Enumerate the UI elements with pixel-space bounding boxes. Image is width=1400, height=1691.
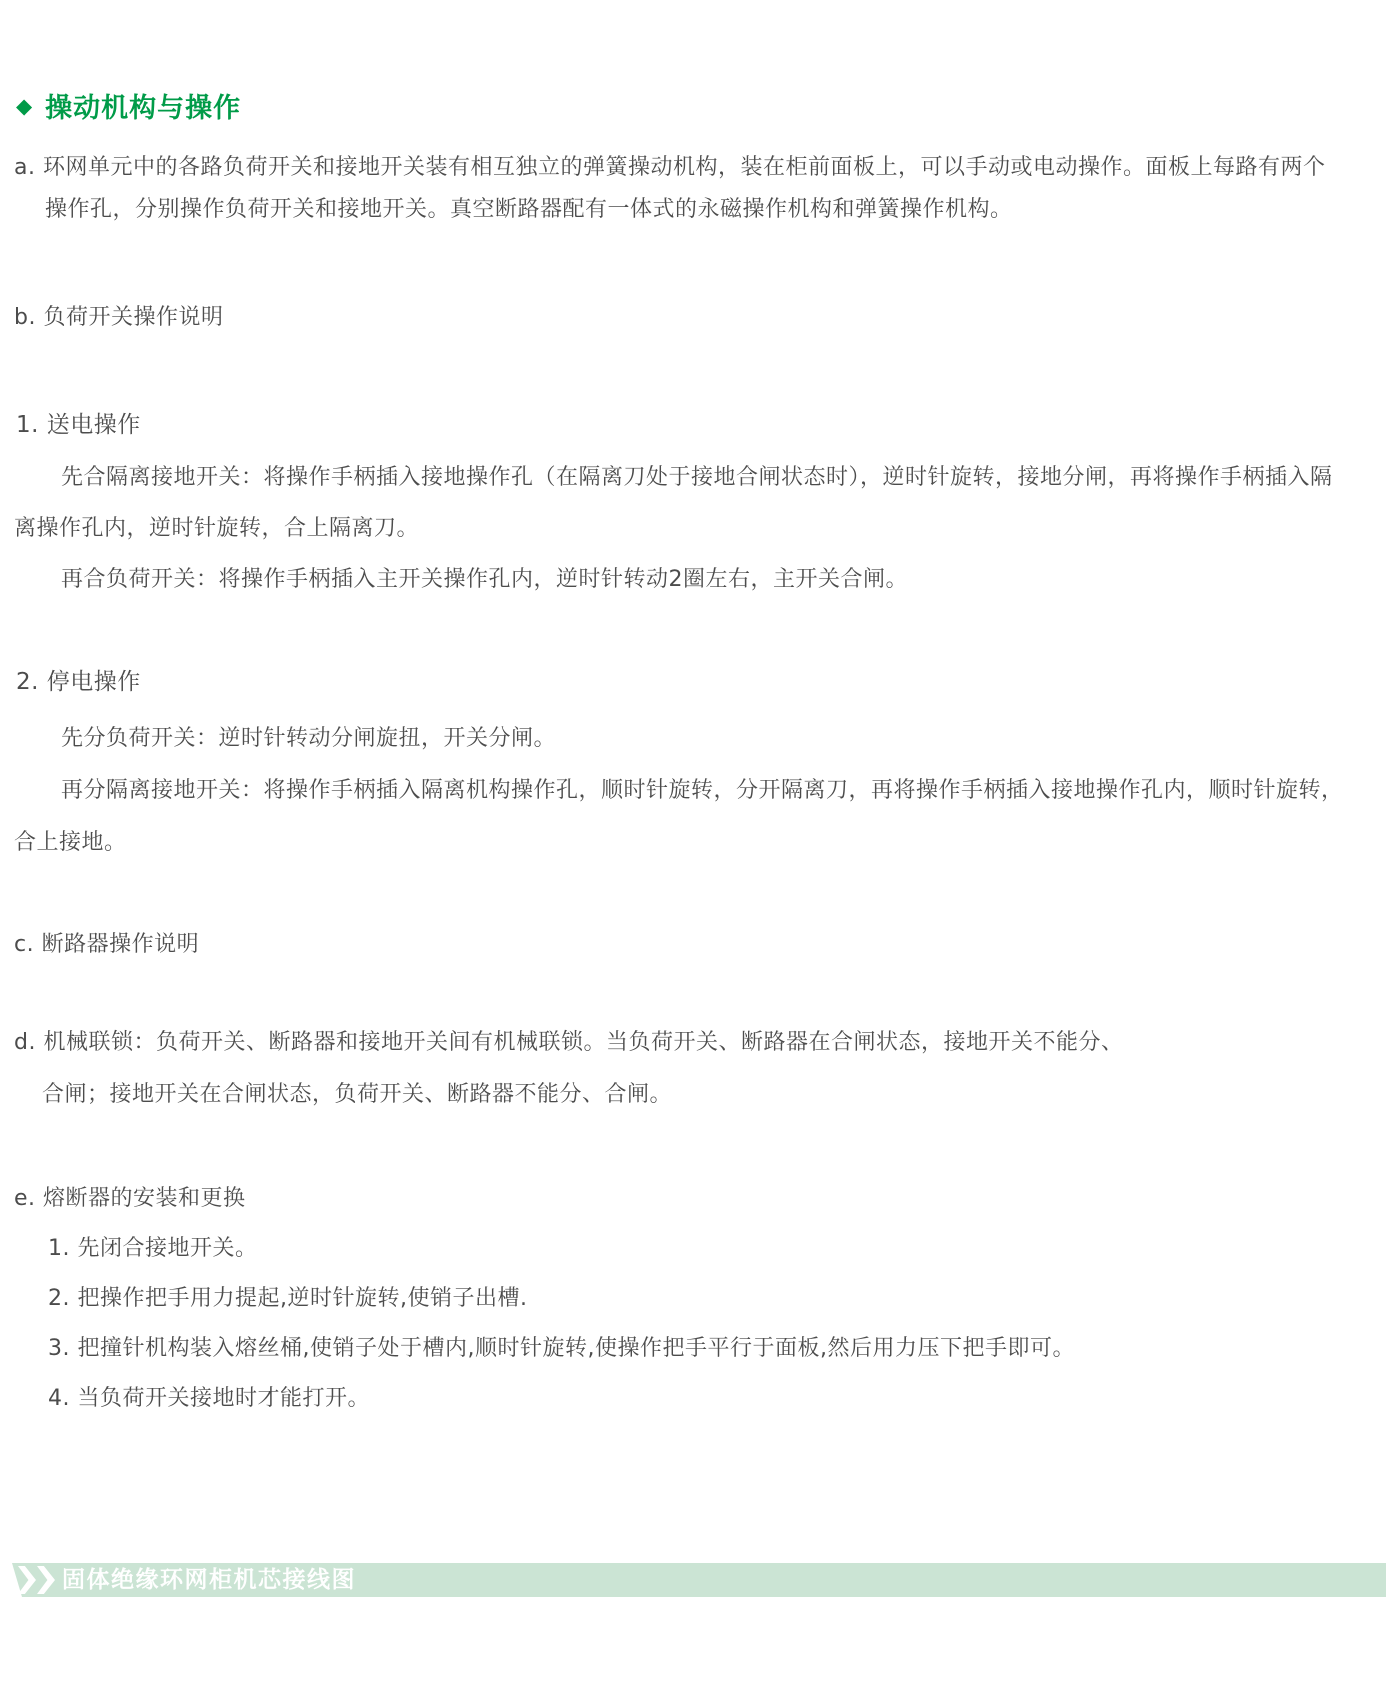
banner-title: 固体绝缘环网柜机芯接线图 [62,1563,356,1597]
para-d-line-2: 合闸；接地开关在合闸状态，负荷开关、断路器不能分、合闸。 [42,1082,672,1108]
s2-line-2: 再分隔离接地开关：将操作手柄插入隔离机构操作孔，顺时针旋转，分开隔离刀，再将操作… [61,778,1344,804]
section-title: ◆ 操动机构与操作 [16,86,241,125]
s1-line-2: 离操作孔内，逆时针旋转，合上隔离刀。 [14,516,419,542]
s2-line-1: 先分负荷开关：逆时针转动分闸旋扭，开关分闸。 [61,726,556,752]
diamond-bullet-icon: ◆ [16,96,33,117]
e-item-3: 3. 把撞针机构装入熔丝桶,使销子处于槽内,顺时针旋转,使操作把手平行于面板,然… [48,1336,1075,1362]
e-item-1: 1. 先闭合接地开关。 [48,1236,257,1262]
s1-line-1: 先合隔离接地开关：将操作手柄插入接地操作孔（在隔离刀处于接地合闸状态时），逆时针… [61,465,1333,491]
para-a-line-1: a. 环网单元中的各路负荷开关和接地开关装有相互独立的弹簧操动机构，装在柜前面板… [14,155,1325,181]
s1-line-3: 再合负荷开关：将操作手柄插入主开关操作孔内，逆时针转动2圈左右，主开关合闸。 [61,567,908,593]
para-d-line-1: d. 机械联锁：负荷开关、断路器和接地开关间有机械联锁。当负荷开关、断路器在合闸… [14,1030,1123,1056]
heading-2-power-off: 2. 停电操作 [16,669,141,695]
bottom-banner: 固体绝缘环网柜机芯接线图 [12,1563,1386,1597]
heading-1-power-on: 1. 送电操作 [16,412,141,438]
e-item-2: 2. 把操作把手用力提起,逆时针旋转,使销子出槽. [48,1286,527,1312]
heading-b: b. 负荷开关操作说明 [14,305,223,331]
document-page: ◆ 操动机构与操作 a. 环网单元中的各路负荷开关和接地开关装有相互独立的弹簧操… [0,0,1400,1691]
heading-e: e. 熔断器的安装和更换 [14,1186,246,1212]
para-a-line-2: 操作孔，分别操作负荷开关和接地开关。真空断路器配有一体式的永磁操作机构和弹簧操作… [45,197,1013,223]
e-item-4: 4. 当负荷开关接地时才能打开。 [48,1386,370,1412]
heading-c: c. 断路器操作说明 [14,932,199,958]
section-title-text: 操动机构与操作 [45,86,241,125]
s2-line-3: 合上接地。 [14,830,127,856]
